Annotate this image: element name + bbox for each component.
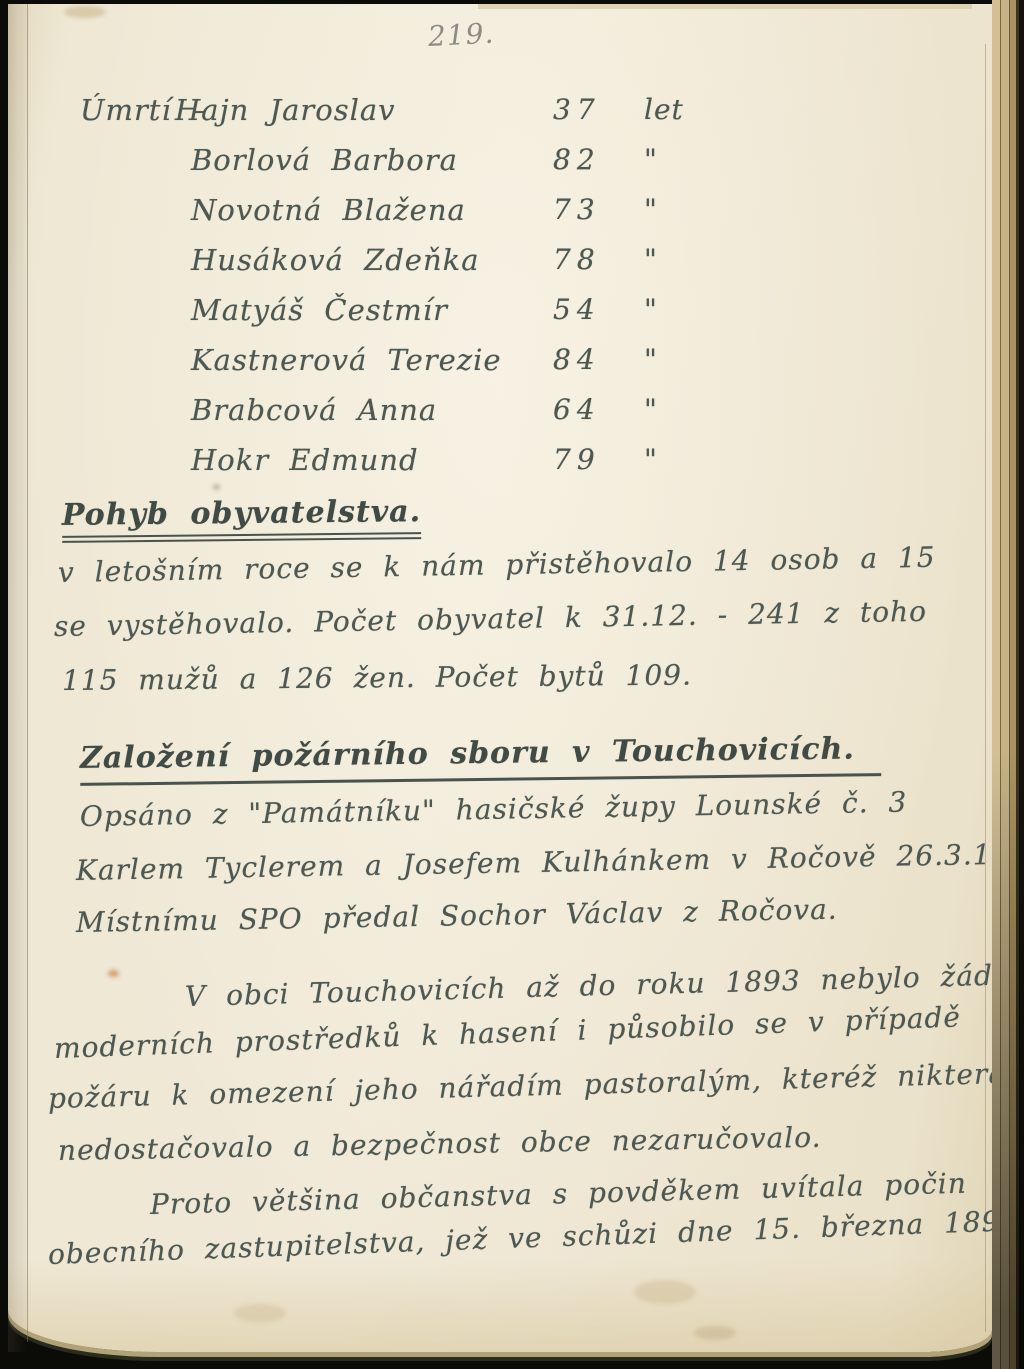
death-row: Kastnerová Terezie 84 " [8,343,992,393]
death-name: Matyáš Čestmír [191,293,448,327]
population-line: se vystěhovalo. Počet obyvatel k 31.12. … [54,595,928,643]
book-fore-edge [992,0,1024,1369]
death-age: 37 [553,93,601,126]
stain [694,1326,736,1340]
death-age-unit: let [644,93,684,126]
death-row: Brabcová Anna 64 " [8,393,992,443]
death-age: 79 [553,443,601,476]
stain [108,970,119,977]
death-row: Husáková Zdeňka 78 " [8,243,992,293]
death-name: Husáková Zdeňka [191,243,479,277]
death-age-unit: " [644,393,658,426]
death-name: Borlová Barbora [191,143,458,177]
fire-para1-line: nedostačovalo a bezpečnost obce nezaručo… [58,1121,822,1167]
population-line: 115 mužů a 126 žen. Počet bytů 109. [62,659,692,697]
fire-source-line: Karlem Tyclerem a Josefem Kulhánkem v Ro… [76,837,1024,887]
death-age-unit: " [644,243,658,276]
fire-source-line: Místnímu SPO předal Sochor Václav z Ročo… [76,893,838,939]
fire-para1-line: požáru k omezení jeho nářadím pastoralým… [48,1056,1024,1115]
death-name: Brabcová Anna [191,393,437,427]
death-age: 82 [553,143,601,176]
death-row: Hokr Edmund 79 " [8,443,992,493]
death-row: Úmrtí – Hajn Jaroslav 37 let [8,93,992,143]
death-age: 73 [553,193,601,226]
stain [634,1280,696,1304]
page-number: 219. [427,17,495,53]
death-row: Borlová Barbora 82 " [8,143,992,193]
death-row: Matyáš Čestmír 54 " [8,293,992,343]
death-age: 84 [553,343,601,376]
death-age-unit: " [644,343,658,376]
death-name: Hajn Jaroslav [175,93,396,127]
fire-brigade-heading: Založení požárního sboru v Touchovicích. [80,731,881,786]
death-age: 78 [553,243,601,276]
population-line: v letošním roce se k nám přistěhovalo 14… [58,541,936,589]
stain [64,6,106,18]
chronicle-page: 219. Úmrtí – Hajn Jaroslav 37 let Borlov… [8,4,992,1352]
page-top-edge [478,4,972,9]
section-fire-brigade: Založení požárního sboru v Touchovicích. [80,736,881,781]
death-age-unit: " [644,143,658,176]
deaths-list: Úmrtí – Hajn Jaroslav 37 let Borlová Bar… [8,93,992,493]
death-name: Novotná Blažena [191,193,466,227]
section-population: Pohyb obyvatelstva. [62,496,421,541]
death-age: 54 [553,293,601,326]
death-name: Kastnerová Terezie [191,343,502,377]
fire-source-line: Opsáno z "Památníku" hasičské župy Louns… [80,786,908,833]
death-age: 64 [553,393,601,426]
death-age-unit: " [644,293,658,326]
population-heading: Pohyb obyvatelstva. [62,494,422,543]
death-age-unit: " [644,193,658,226]
book-scan: 219. Úmrtí – Hajn Jaroslav 37 let Borlov… [0,0,1024,1369]
death-row: Novotná Blažena 73 " [8,193,992,243]
death-age-unit: " [644,443,658,476]
stain [234,1304,286,1322]
death-name: Hokr Edmund [191,443,419,477]
